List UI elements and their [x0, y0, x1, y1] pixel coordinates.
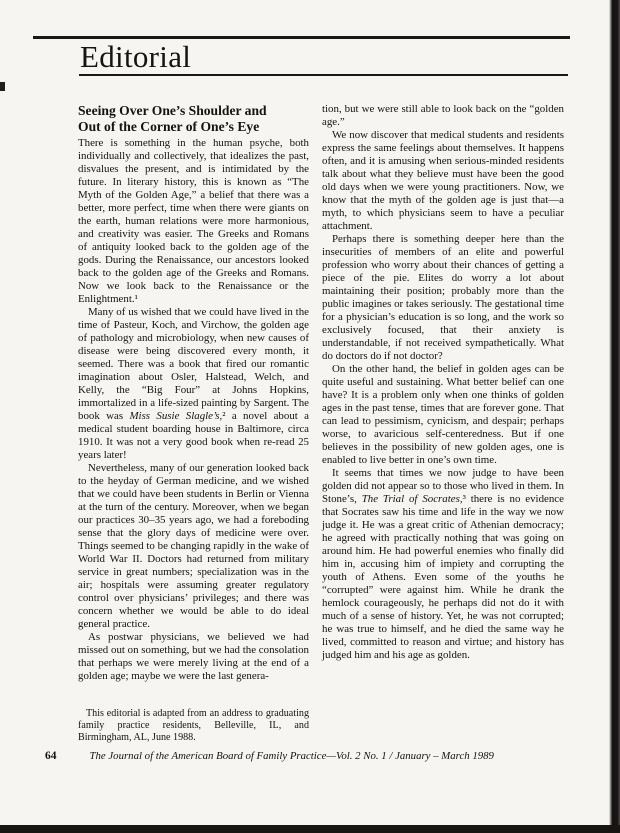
- right-column: tion, but we were still able to look bac…: [322, 103, 564, 745]
- scan-edge-bottom: [0, 825, 620, 833]
- header-rule-bottom: [79, 74, 568, 76]
- section-title: Editorial: [80, 41, 191, 72]
- page-number: 64: [45, 750, 57, 762]
- article-paragraph: Nevertheless, many of our generation loo…: [78, 462, 309, 631]
- article-paragraph: tion, but we were still able to look bac…: [322, 103, 564, 129]
- article-title-line-1: Seeing Over One’s Shoulder and: [78, 103, 309, 119]
- article-paragraph: As postwar physicians, we believed we ha…: [78, 631, 309, 683]
- journal-page: Editorial Seeing Over One’s Shoulder and…: [0, 0, 620, 833]
- scan-artifact-left-mark: [0, 82, 5, 91]
- article-title: Seeing Over One’s Shoulder and Out of th…: [78, 103, 309, 134]
- article-paragraph: We now discover that medical students an…: [322, 129, 564, 233]
- article-paragraph: Many of us wished that we could have liv…: [78, 306, 309, 462]
- article-body: Seeing Over One’s Shoulder and Out of th…: [78, 103, 564, 745]
- footnote: This editorial is adapted from an addres…: [78, 708, 309, 745]
- article-paragraph: Perhaps there is something deeper here t…: [322, 233, 564, 363]
- scan-edge-right: [609, 0, 620, 833]
- page-footer: 64 The Journal of the American Board of …: [45, 750, 565, 762]
- article-title-line-2: Out of the Corner of One’s Eye: [78, 119, 309, 135]
- journal-citation: The Journal of the American Board of Fam…: [90, 750, 494, 762]
- left-column: Seeing Over One’s Shoulder and Out of th…: [78, 103, 309, 745]
- article-paragraph: On the other hand, the belief in golden …: [322, 363, 564, 467]
- article-paragraph: There is something in the human psyche, …: [78, 137, 309, 306]
- article-paragraph: It seems that times we now judge to have…: [322, 467, 564, 662]
